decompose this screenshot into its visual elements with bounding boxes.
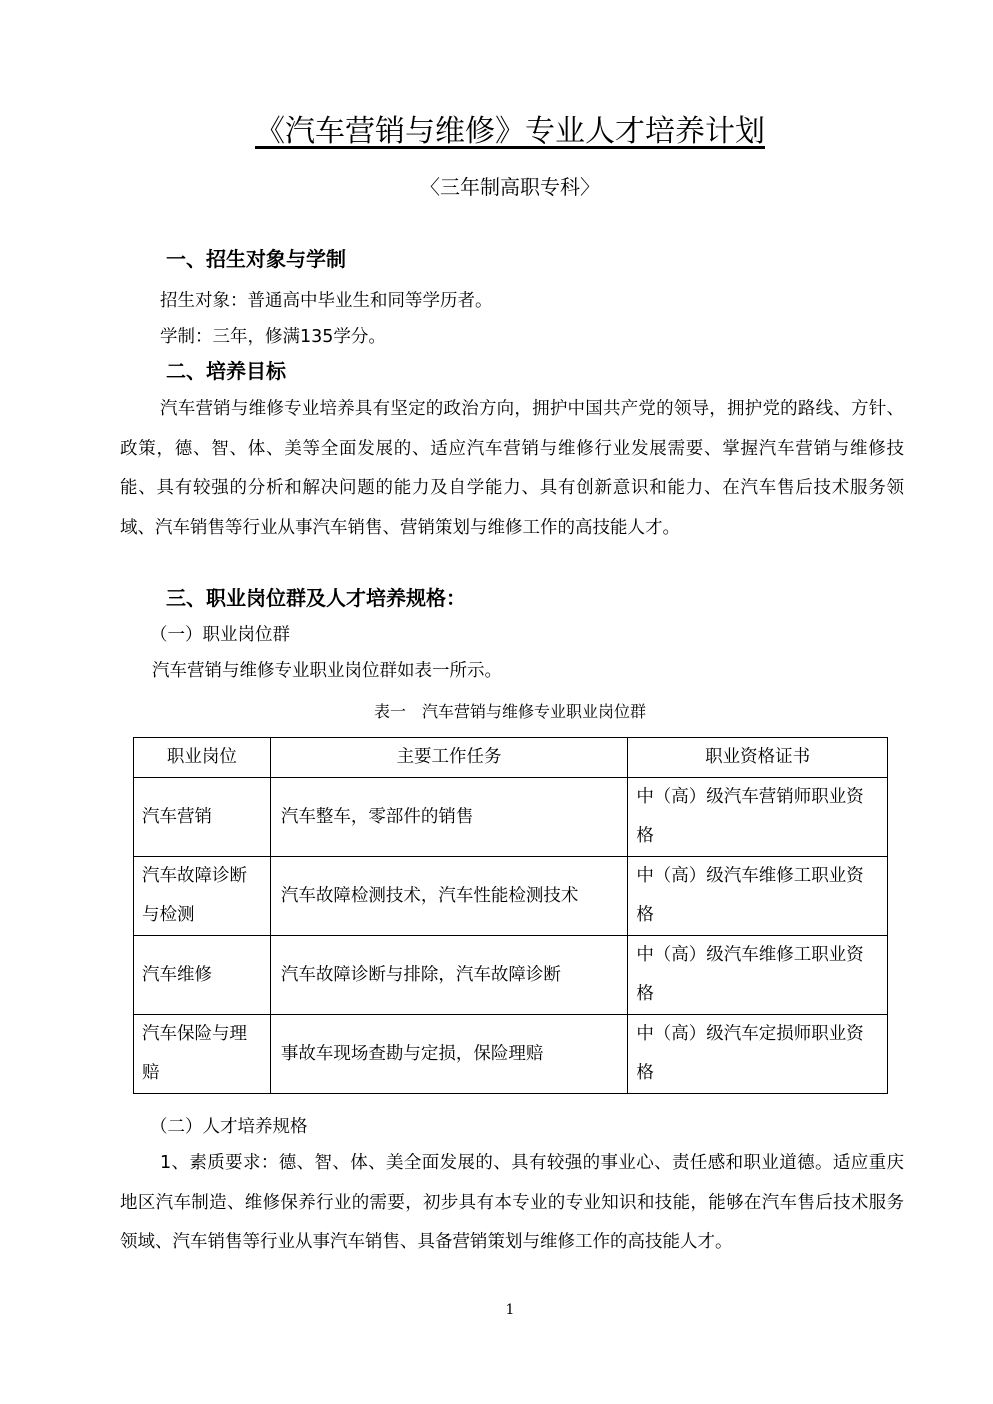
cell-position: 汽车营销 [134,778,271,857]
enrollment-target: 招生对象：普通高中毕业生和同等学历者。 [160,288,493,314]
table-row: 汽车保险与理赔 事故车现场查勘与定损，保险理赔 中（高）级汽车定损师职业资格 [134,1015,888,1094]
header-certificate: 职业资格证书 [628,738,888,778]
cell-main-tasks: 汽车故障检测技术，汽车性能检测技术 [270,857,627,936]
cell-position: 汽车维修 [134,936,271,1015]
header-main-tasks: 主要工作任务 [270,738,627,778]
cell-position: 汽车保险与理赔 [134,1015,271,1094]
section-3-heading: 三、职业岗位群及人才培养规格： [166,583,466,613]
quality-requirements-paragraph: 1、素质要求：德、智、体、美全面发展的、具有较强的事业心、责任感和职业道德。适应… [120,1144,904,1263]
cell-certificate: 中（高）级汽车维修工职业资格 [628,857,888,936]
section-1-heading: 一、招生对象与学制 [166,244,346,274]
cell-main-tasks: 事故车现场查勘与定损，保险理赔 [270,1015,627,1094]
document-title-text: 《汽车营销与维修》专业人才培养计划 [255,114,765,149]
subsection-2-heading: （二）人才培养规格 [150,1114,308,1140]
document-subtitle: 〈三年制高职专科〉 [0,172,993,202]
table-intro-text: 汽车营销与维修专业职业岗位群如表一所示。 [152,658,502,684]
cell-certificate: 中（高）级汽车定损师职业资格 [628,1015,888,1094]
table-row: 汽车营销 汽车整车，零部件的销售 中（高）级汽车营销师职业资格 [134,778,888,857]
header-position: 职业岗位 [134,738,271,778]
table-caption: 表一 汽车营销与维修专业职业岗位群 [0,700,993,724]
cell-main-tasks: 汽车故障诊断与排除，汽车故障诊断 [270,936,627,1015]
subsection-1-heading: （一）职业岗位群 [150,622,290,648]
table-row: 汽车维修 汽车故障诊断与排除，汽车故障诊断 中（高）级汽车维修工职业资格 [134,936,888,1015]
table-header-row: 职业岗位 主要工作任务 职业资格证书 [134,738,888,778]
training-objective-paragraph: 汽车营销与维修专业培养具有坚定的政治方向，拥护中国共产党的领导，拥护党的路线、方… [120,390,904,548]
document-title: 《汽车营销与维修》专业人才培养计划 [0,112,993,152]
table-row: 汽车故障诊断与检测 汽车故障检测技术，汽车性能检测技术 中（高）级汽车维修工职业… [134,857,888,936]
cell-position: 汽车故障诊断与检测 [134,857,271,936]
section-2-heading: 二、培养目标 [166,356,286,386]
page-number: 1 [0,1302,993,1318]
cell-certificate: 中（高）级汽车营销师职业资格 [628,778,888,857]
cell-main-tasks: 汽车整车，零部件的销售 [270,778,627,857]
cell-certificate: 中（高）级汽车维修工职业资格 [628,936,888,1015]
job-positions-table: 职业岗位 主要工作任务 职业资格证书 汽车营销 汽车整车，零部件的销售 中（高）… [133,737,888,1094]
program-duration: 学制：三年，修满135学分。 [160,324,386,350]
